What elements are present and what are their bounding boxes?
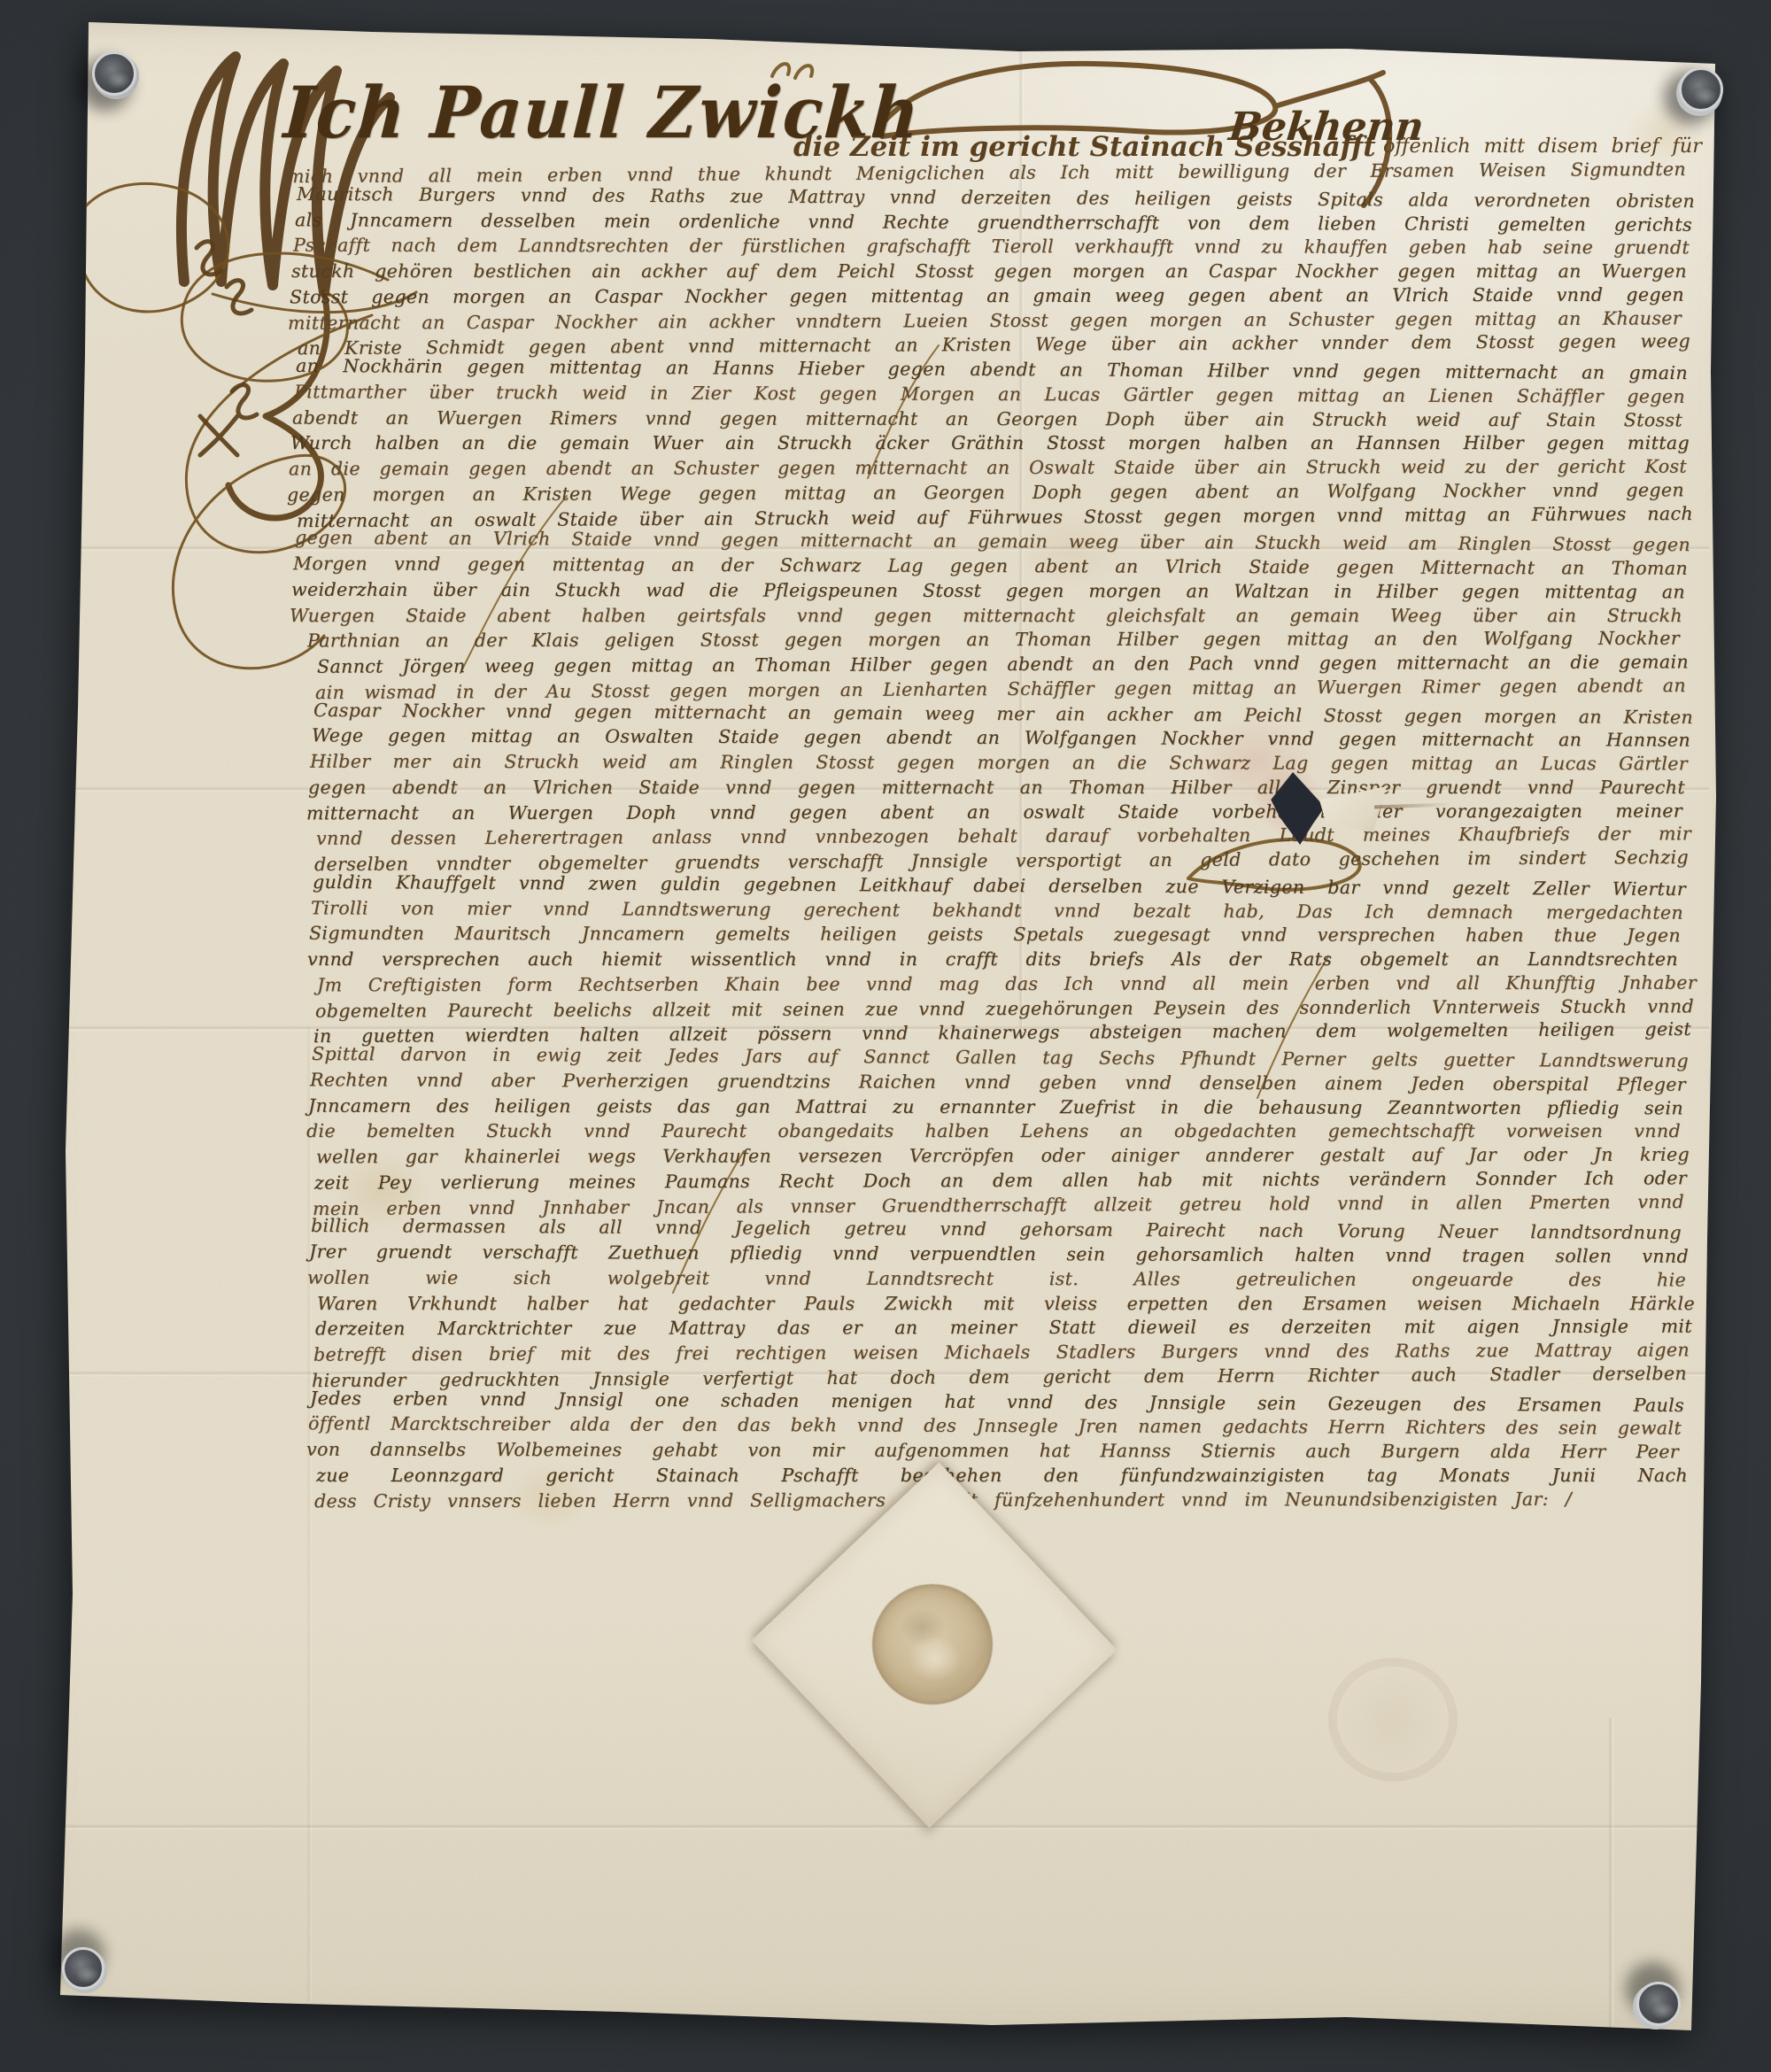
wax-seal xyxy=(872,1584,993,1705)
text-line: Waren Vrkhundt halber hat gedachter Paul… xyxy=(317,1293,1695,1318)
metal-tack-bottom-left xyxy=(62,1947,104,1990)
text-line: Wege gegen mittag an Oswalten Staide geg… xyxy=(312,725,1690,754)
text-line: Hilber mer ain Struckh weid am Ringlen S… xyxy=(310,751,1688,778)
metal-tack-top-right xyxy=(1679,67,1723,112)
metal-tack-top-left xyxy=(92,51,136,96)
text-line: weiderzhain über ain Stuckh wad die Pfle… xyxy=(291,578,1685,606)
text-line: von dannselbs Wolbemeines gehabt von mir… xyxy=(306,1439,1679,1466)
text-line: gegen abendt an Vlrichen Staide vnnd geg… xyxy=(308,777,1685,801)
text-line: Jrer gruendt verschafft Zuethuen pfliedi… xyxy=(309,1241,1689,1270)
parchment-wrap: Ich Paull Zwickh die Zeit im gericht Sta… xyxy=(0,0,1771,2072)
text-line: Stosst gegen morgen an Caspar Nockher ge… xyxy=(290,283,1684,311)
text-line: derzeiten Marcktrichter zue Mattray das … xyxy=(315,1316,1692,1343)
small-s-squiggles xyxy=(197,242,257,455)
text-line: wellen gar khainerlei wegs Verkhaufen ve… xyxy=(316,1144,1690,1171)
text-line: Jnncamern des heiligen geists das gan Ma… xyxy=(308,1094,1683,1122)
text-line: Jm Creftigisten form Rechtserben Khain b… xyxy=(317,971,1697,999)
metal-tack-bottom-right xyxy=(1636,1982,1681,2026)
text-line: Wurch halben an die gemain Wuer ain Stru… xyxy=(290,432,1690,457)
text-line: Morgen vnnd gegen mittentag an der Schwa… xyxy=(293,553,1688,582)
text-line: abendt an Wuergen Rimers vnnd gegen mitt… xyxy=(292,406,1682,434)
document-header-continuation: offenlich mitt disem brief für xyxy=(1383,135,1702,158)
text-line: öffentl Marcktschreiber alda der den das… xyxy=(308,1413,1682,1442)
text-line: die bemelten Stuckh vnnd Paurecht obange… xyxy=(306,1120,1681,1145)
fold-crease-horizontal-5 xyxy=(62,1824,1709,1830)
text-line: an die gemain gegen abendt an Schuster g… xyxy=(289,456,1687,483)
text-line: zue Leonnzgard gericht Stainach Pschafft… xyxy=(316,1465,1688,1489)
text-line: stuckh gehören bestlichen ain ackher auf… xyxy=(291,260,1687,285)
parchment-document: Ich Paull Zwickh die Zeit im gericht Sta… xyxy=(0,0,1771,2072)
text-line: Sigmundten Mauritsch Jnncamern gemelts h… xyxy=(309,923,1681,950)
text-line: Parthnian an der Klais geligen Stosst ge… xyxy=(307,628,1680,655)
text-line: Pittmarther über truckh weid in Zier Kos… xyxy=(294,381,1685,410)
faint-seal-imprint xyxy=(1328,1658,1458,1782)
photo-backdrop: Ich Paull Zwickh die Zeit im gericht Sta… xyxy=(0,0,1771,2072)
text-line: Wuergen Staide abent halben geirtsfals v… xyxy=(290,605,1682,630)
fold-crease-vertical-2 xyxy=(1608,1718,1614,2028)
text-line: Pschafft nach dem Lanndtsrechten der für… xyxy=(293,235,1690,262)
text-line: Rechten vnnd aber Pverherzigen gruendtzi… xyxy=(310,1069,1686,1098)
fold-crease-vertical-3 xyxy=(306,1027,313,2001)
text-line: vnnd versprechen auch hiemit wissentlich… xyxy=(307,948,1678,973)
text-line: wollen wie sich wolgebreit vnnd Lanndtsr… xyxy=(307,1266,1686,1294)
